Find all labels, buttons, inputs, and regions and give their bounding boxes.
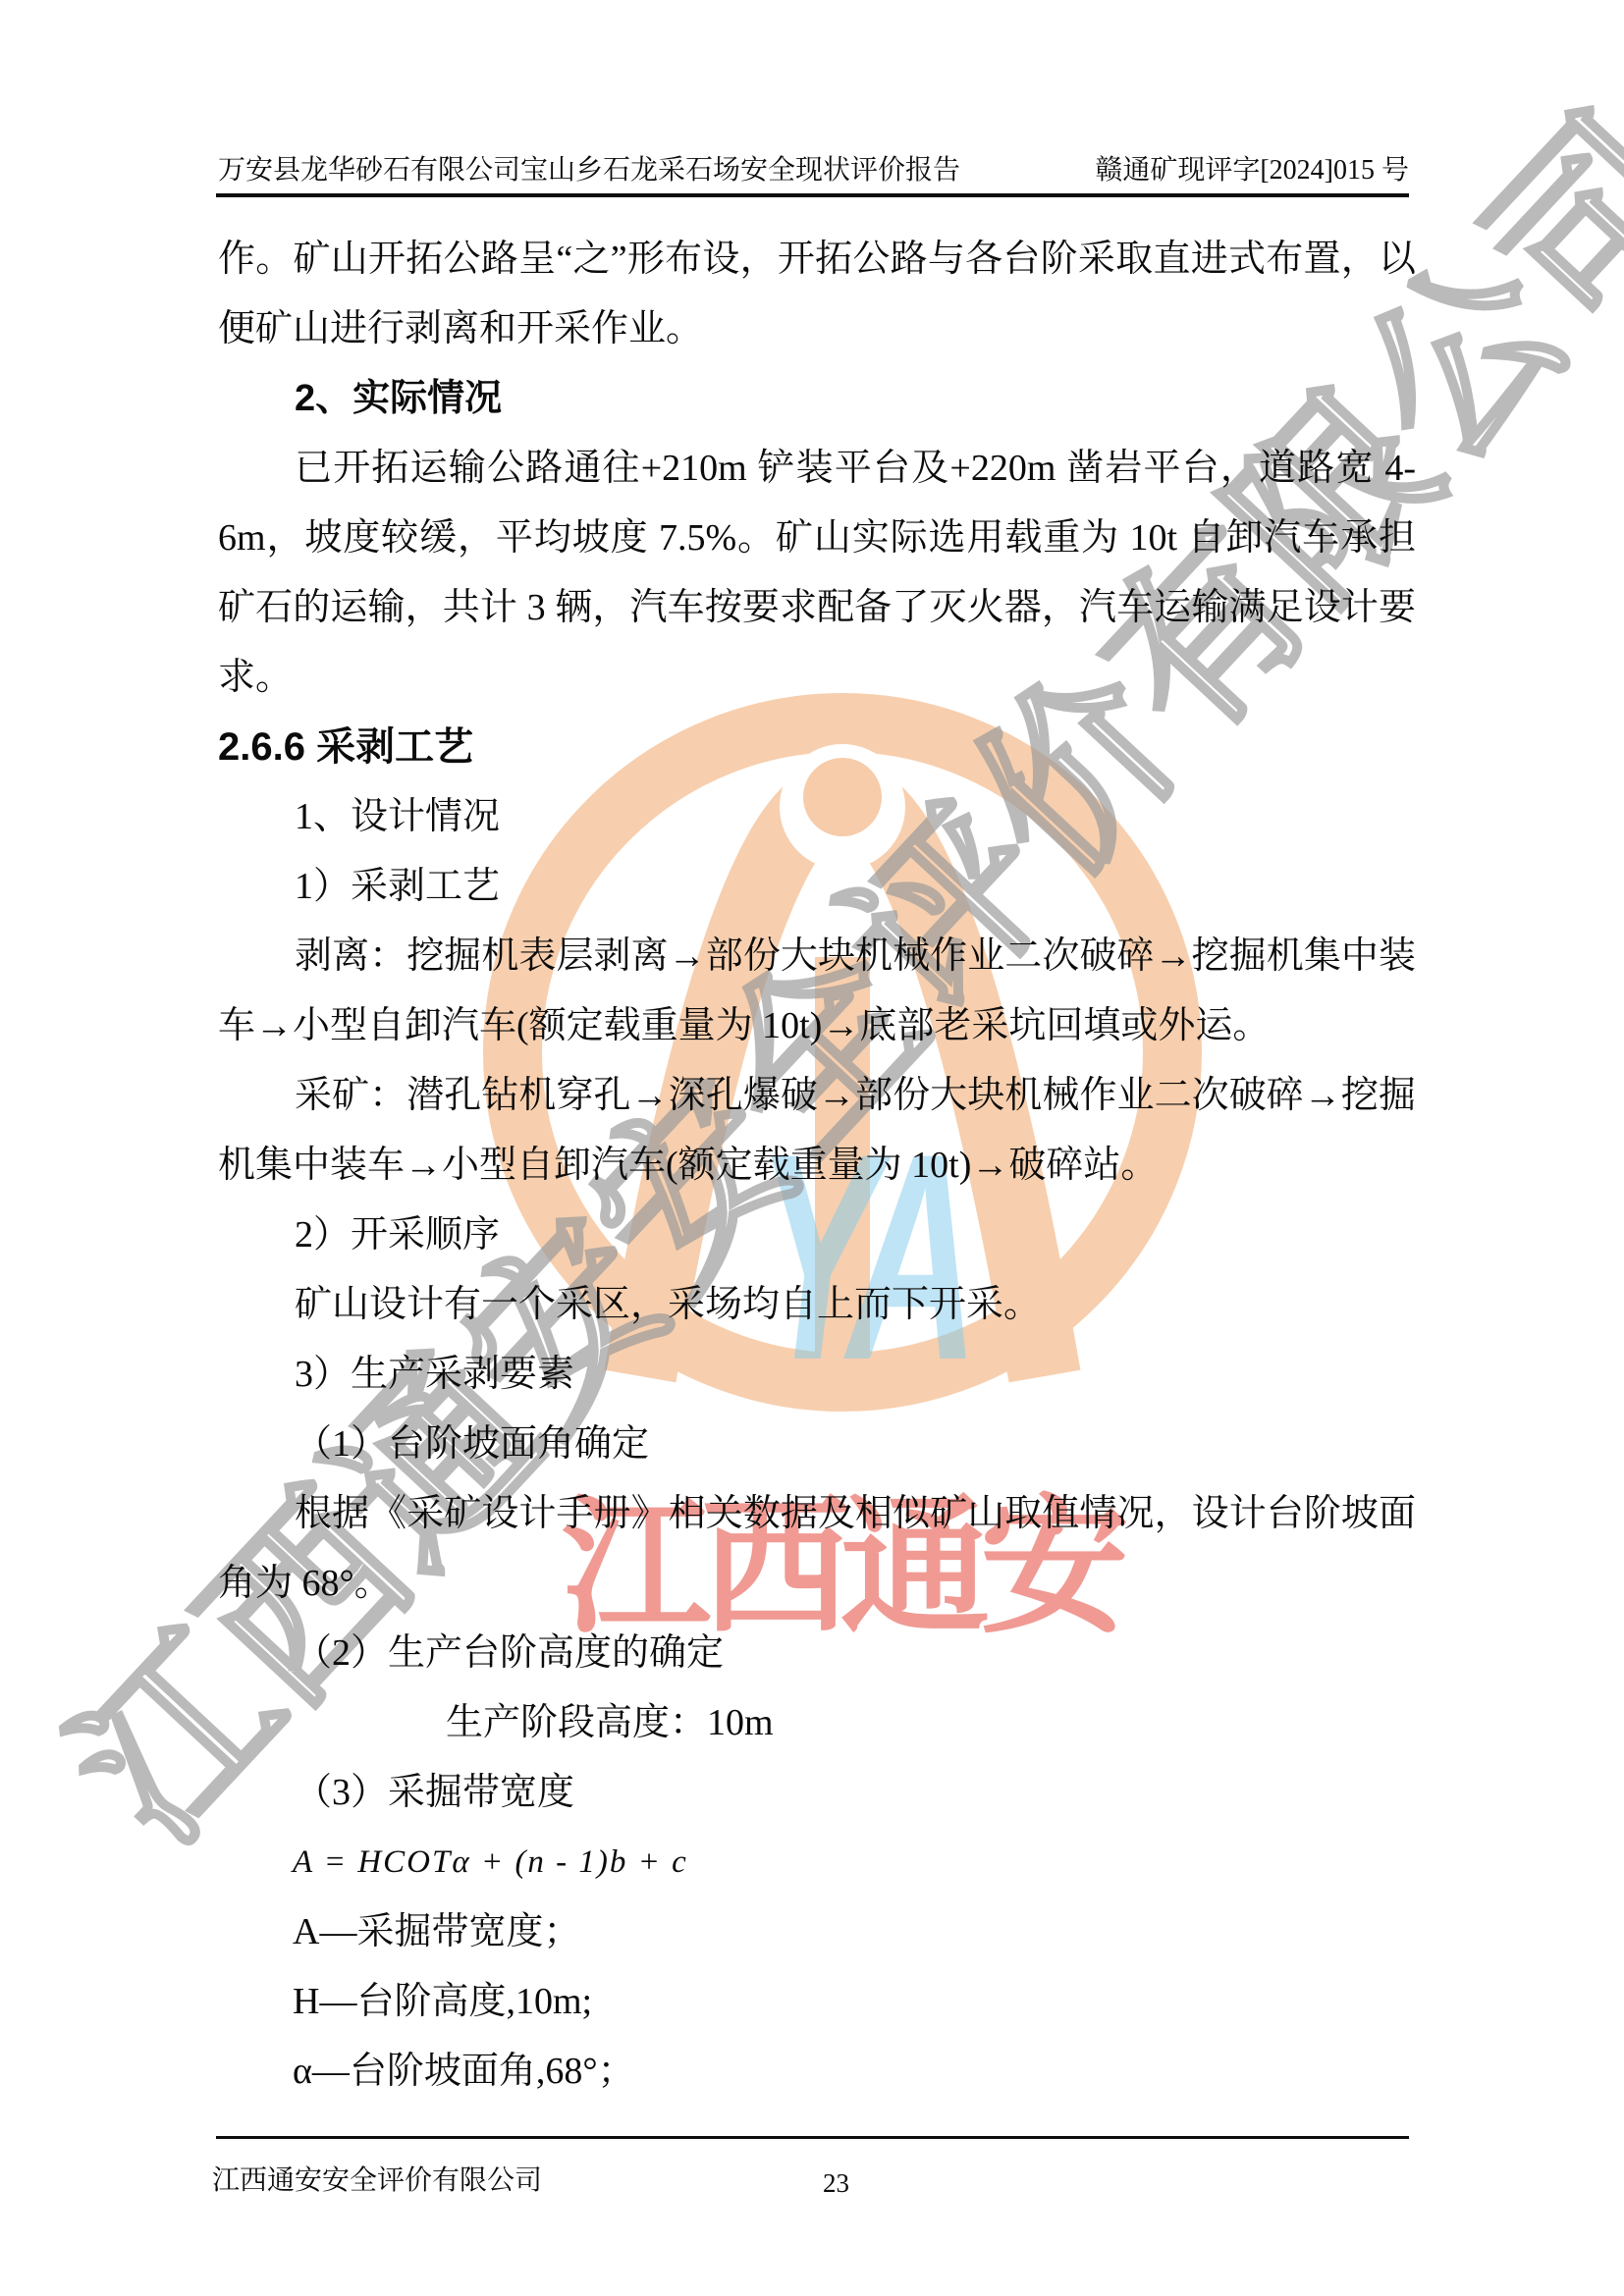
paragraph: 矿山设计有一个采区，采场均自上而下开采。 — [218, 1270, 1416, 1340]
header-report-title: 万安县龙华砂石有限公司宝山乡石龙采石场安全现状评价报告 — [218, 153, 960, 188]
list-item: 1、设计情况 — [218, 782, 1416, 852]
list-item: 2）开采顺序 — [218, 1201, 1416, 1270]
paragraph-stripping-process: 剥离：挖掘机表层剥离→部份大块机械作业二次破碎→挖掘机集中装车→小型自卸汽车(额… — [218, 922, 1416, 1061]
paragraph: 已开拓运输公路通往+210m 铲装平台及+220m 凿岩平台，道路宽 4-6m，… — [218, 434, 1416, 713]
body-text: 作。矿山开拓公路呈“之”形布设，开拓公路与各台阶采取直进式布置，以便矿山进行剥离… — [218, 225, 1416, 2107]
section-heading-2-6-6: 2.6.6 采剥工艺 — [218, 713, 1416, 782]
paragraph-mining-process: 采矿：潜孔钻机穿孔→深孔爆破→部份大块机械作业二次破碎→挖掘机集中装车→小型自卸… — [218, 1061, 1416, 1201]
page-header: 万安县龙华砂石有限公司宝山乡石龙采石场安全现状评价报告 赣通矿现评字[2024]… — [218, 153, 1409, 188]
formula-term-H: H—台阶高度,10m; — [293, 1967, 1416, 2037]
paragraph: 根据《采矿设计手册》相关数据及相似矿山取值情况，设计台阶坡面角为 68°。 — [218, 1479, 1416, 1619]
list-item: 1）采剥工艺 — [218, 852, 1416, 922]
footer-rule — [216, 2136, 1409, 2139]
header-rule — [216, 193, 1409, 197]
header-doc-number: 赣通矿现评字[2024]015 号 — [1095, 153, 1409, 188]
list-item: （2）生产台阶高度的确定 — [218, 1619, 1416, 1688]
subheading-actual-situation: 2、实际情况 — [218, 364, 1416, 434]
list-item: 3）生产采剥要素 — [218, 1340, 1416, 1410]
list-item: （1）台阶坡面角确定 — [218, 1410, 1416, 1479]
page-number: 23 — [823, 2165, 849, 2201]
page-content: 万安县龙华砂石有限公司宝山乡石龙采石场安全现状评价报告 赣通矿现评字[2024]… — [0, 0, 1624, 2296]
document-page: YA 江西通安安全评价有限公司 江西通安 万安县龙华砂石有限公司宝山乡石龙采石场… — [0, 0, 1624, 2296]
footer-company: 江西通安安全评价有限公司 — [212, 2163, 542, 2199]
paragraph-bench-height-value: 生产阶段高度：10m — [446, 1688, 1416, 1758]
formula-excavation-width: A = HCOTα + (n - 1)b + c — [293, 1828, 1416, 1897]
list-item: （3）采掘带宽度 — [218, 1758, 1416, 1828]
formula-term-A: A—采掘带宽度； — [293, 1897, 1416, 1967]
paragraph-continuation: 作。矿山开拓公路呈“之”形布设，开拓公路与各台阶采取直进式布置，以便矿山进行剥离… — [218, 225, 1416, 364]
formula-term-alpha: α—台阶坡面角,68°； — [293, 2037, 1416, 2107]
